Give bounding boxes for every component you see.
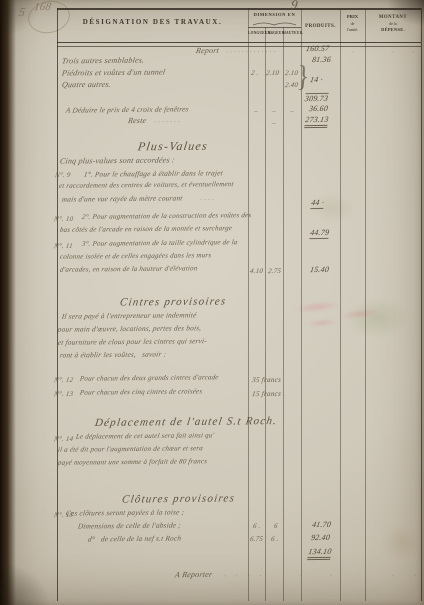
manuscript-line: Pour chacun des deux grands cintres d'ar…	[79, 374, 219, 382]
report-label: Report	[195, 47, 219, 55]
item-number: N°. 9	[54, 172, 71, 179]
manuscript-line: 2 .	[250, 70, 259, 77]
manuscript-line: 15 francs	[251, 390, 281, 398]
manuscript-line: Le déplacement de cet autel sera fait ai…	[75, 432, 214, 440]
margin-page-number-small: 5	[18, 6, 26, 18]
section-heading-cintres: Cintres provisoires	[119, 296, 227, 308]
section-heading-plus-values: Plus-Values	[137, 140, 209, 153]
item-number: N°. 12	[53, 377, 73, 384]
manuscript-line: ‒	[289, 108, 294, 115]
item-number: N°. 11	[53, 243, 73, 250]
manuscript-line: 2.75	[267, 268, 281, 275]
manuscript-line: Pour chacun des cinq cintres de croisées	[79, 388, 202, 396]
section-heading-deplacement: Déplacement de l'autel S.t Roch.	[94, 416, 278, 429]
manuscript-line: 1°. Pour le chauffage à établir dans le …	[83, 169, 223, 178]
manuscript-line: Piédroits et voûtes d'un tunnel	[61, 68, 166, 77]
report-amount: 160.57	[305, 45, 329, 53]
manuscript-line: Reste	[127, 117, 147, 125]
manuscript-line: bas côtés de l'arcade en raison de la mo…	[59, 225, 232, 234]
scanned-ledger-photo: { "margin_notes": { "page_number_small":…	[0, 0, 424, 605]
manuscript-line: 92.40	[310, 534, 330, 542]
manuscript-line: 6 .	[270, 536, 279, 543]
manuscript-line: Ces clôtures seront payées à la toise ;	[65, 508, 184, 517]
manuscript-line: payé moyennant une somme à forfait de 80…	[57, 458, 207, 467]
manuscript-line: ·	[413, 573, 418, 580]
manuscript-line: 35 francs	[251, 376, 281, 384]
manuscript-line: d'arcades, en raison de la hauteur d'élé…	[59, 265, 198, 273]
manuscript-line: 14 ·	[309, 76, 323, 84]
manuscript-line: Dimensions de celle de l'abside ;	[77, 521, 181, 529]
manuscript-line: mais d'une vue rayée du mètre courant	[61, 194, 183, 203]
manuscript-line: 6.75	[249, 536, 263, 543]
manuscript-line: ront à établir les voûtes, savoir :	[59, 350, 166, 358]
manuscript-line: ‒	[253, 108, 258, 115]
manuscript-line: 81.36	[311, 56, 331, 64]
section-heading-clotures: Clôtures provisoires	[121, 493, 236, 505]
grouping-brace: }	[296, 62, 311, 92]
manuscript-line: ·	[299, 573, 304, 580]
top-center-mark: 9	[290, 0, 299, 11]
item-number: N°. 10	[53, 216, 73, 223]
manuscript-line: colonne isolée et de celles engagées dan…	[59, 252, 211, 261]
manuscript-line: Quatre autres.	[61, 81, 111, 90]
manuscript-line: 15.40	[309, 266, 329, 274]
manuscript-line: 41.70	[311, 521, 331, 529]
manuscript-line: A Déduire le prix de 4 croix de fenêtres	[65, 105, 189, 114]
manuscript-line: Trois autres semblables.	[61, 57, 145, 66]
carry-forward-label: A Reporter	[174, 571, 212, 579]
manuscript-line: Il sera payé à l'entrepreneur une indemn…	[61, 311, 197, 320]
manuscript-line: 4.10	[249, 268, 263, 275]
manuscript-line: et raccordement des centres de voitures,…	[58, 181, 234, 190]
manuscript-line: 6 .	[252, 523, 261, 530]
manuscript-line: 44 ·	[310, 199, 324, 209]
clotures-total: 134.10	[307, 548, 332, 560]
manuscript-line: 2.10	[265, 70, 279, 77]
manuscript-line: ·	[391, 573, 396, 580]
manuscript-line: ‒	[271, 108, 276, 115]
manuscript-line: ·	[391, 49, 396, 56]
manuscript-line: 44.79	[309, 229, 330, 239]
manuscript-line: Cinq plus-values sont accordées :	[59, 156, 175, 165]
manuscript-line: il a été dit pour l'augmentation de chœu…	[57, 445, 203, 454]
manuscript-line: ·	[351, 49, 356, 56]
manuscript-line: ‒	[271, 120, 276, 127]
manuscript-line: ·	[411, 49, 416, 56]
manuscript-line: pour main d'œuvre, locations, pertes des…	[57, 324, 202, 333]
subtotal: 309.73	[304, 93, 329, 103]
manuscript-line: 3°. Pour augmentation de la taille cylin…	[81, 239, 238, 248]
manuscript-line: 2°. Pour augmentation de la construction…	[81, 212, 251, 221]
manuscript-line: · · · ·	[223, 573, 264, 580]
manuscript-line: ····	[199, 197, 216, 204]
manuscript-line: d° de celle de la nef s.t Roch	[87, 535, 181, 543]
manuscript-layer: 51689Report·············160.57···Trois a…	[0, 0, 424, 605]
manuscript-line: ·············	[225, 49, 277, 57]
manuscript-line: et fourniture de clous pour les cintres …	[57, 337, 207, 346]
manuscript-line: ·	[329, 573, 334, 580]
manuscript-line: 36.60	[308, 105, 328, 113]
item-number: N°. 14	[53, 436, 73, 443]
reste-total: 273.13	[304, 116, 329, 128]
manuscript-line: ·······	[153, 119, 182, 126]
item-number: N°. 13	[53, 391, 73, 398]
manuscript-line: 6	[273, 523, 278, 530]
margin-page-number-large: 168	[33, 2, 52, 13]
